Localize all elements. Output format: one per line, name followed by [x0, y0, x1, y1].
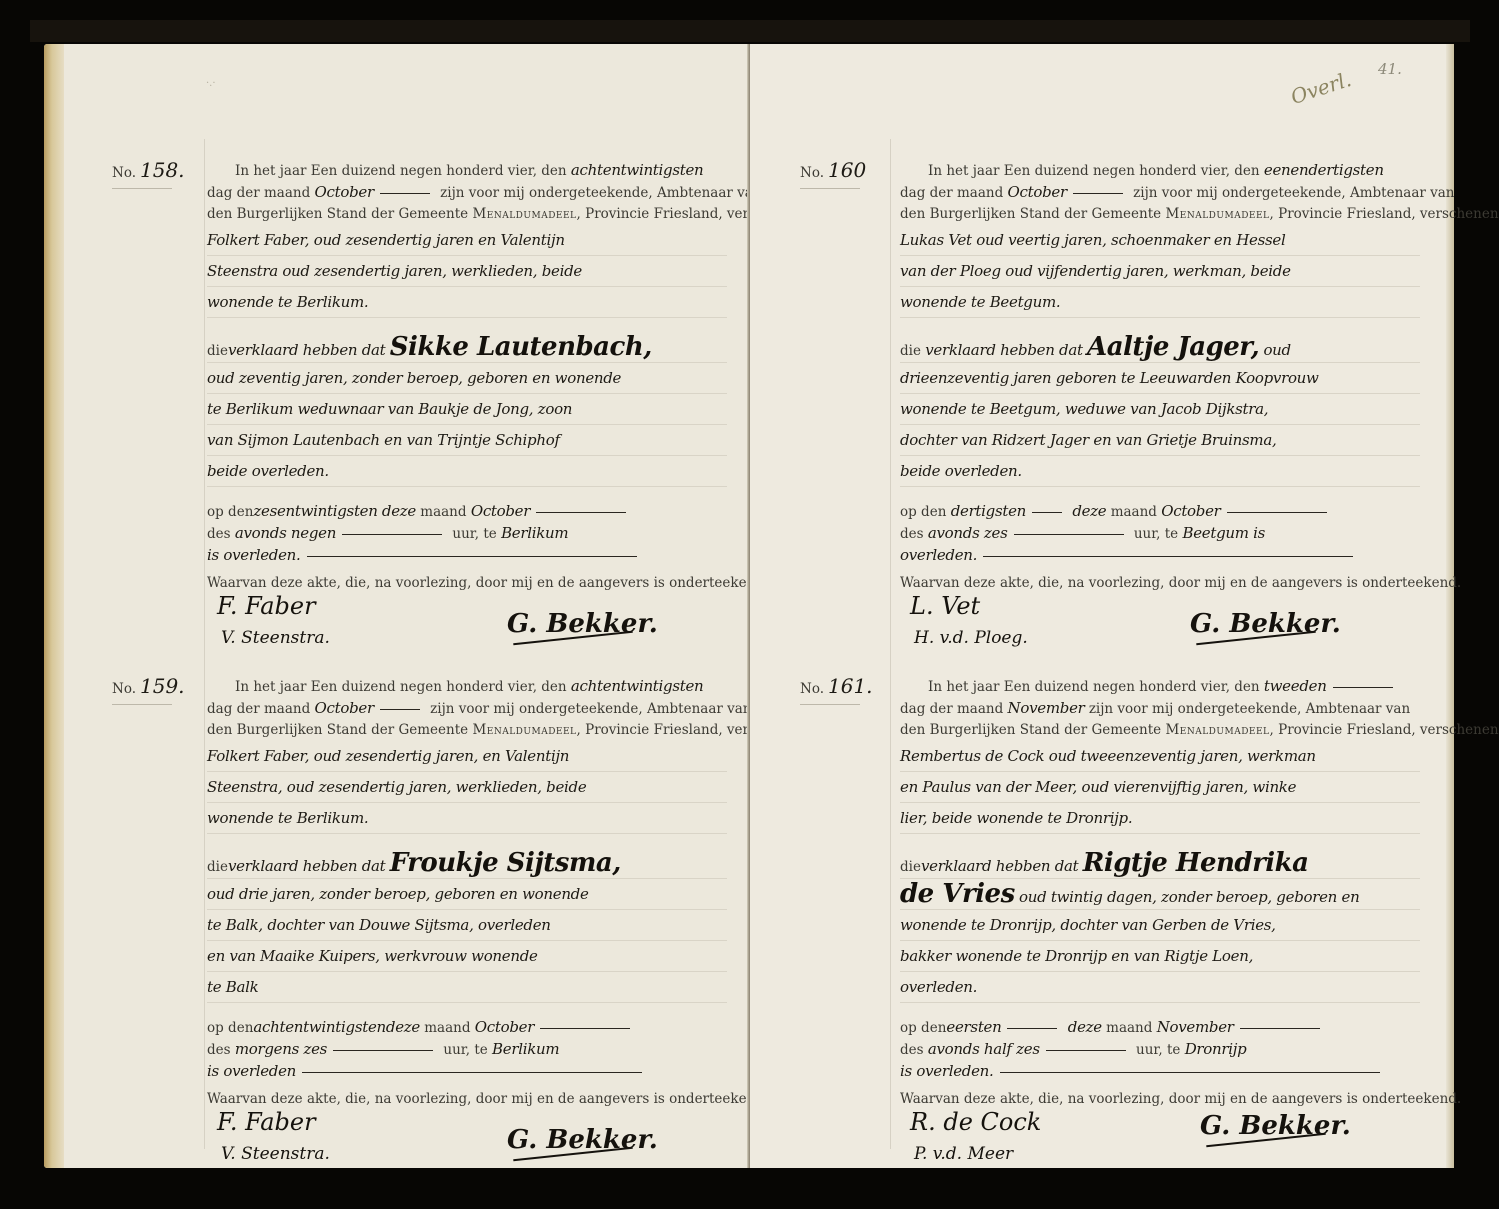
record-month: November: [1008, 699, 1085, 717]
details-line: te Balk, dochter van Douwe Sijtsma, over…: [207, 910, 727, 941]
death-time: avonds half zes: [928, 1040, 1040, 1058]
death-month: October: [475, 1018, 534, 1036]
margin-rule: [204, 139, 205, 1149]
appearants-line: wonende te Beetgum.: [900, 287, 1420, 318]
record-number: No.158.: [112, 160, 182, 189]
record-day: achtentwintigsten: [571, 161, 704, 179]
record-159: No.159. In het jaar Een duizend negen ho…: [207, 676, 727, 1190]
signature-witness-2: H. v.d. Ploeg.: [914, 628, 1028, 649]
death-day: zesentwintigsten: [253, 502, 377, 520]
signature-registrar: G. Bekker.: [1200, 1116, 1351, 1137]
signatures: L. Vet H. v.d. Ploeg. G. Bekker.: [900, 594, 1420, 674]
signatures: F. Faber V. Steenstra. G. Bekker.: [207, 1110, 727, 1190]
details-line: te Balk: [207, 972, 727, 1003]
appearants-line: Folkert Faber, oud zesendertig jaren en …: [207, 225, 727, 256]
signature-registrar: G. Bekker.: [507, 1130, 658, 1151]
appearants-line: lier, beide wonende te Dronrijp.: [900, 803, 1420, 834]
closing-text: Waarvan deze akte, die, na voorlezing, d…: [207, 1089, 727, 1110]
book-cover-edge: [30, 20, 1470, 42]
details-line: en van Maaike Kuipers, werkvrouw wonende: [207, 941, 727, 972]
death-day: dertigsten: [951, 502, 1026, 520]
details-line: oud zeventig jaren, zonder beroep, gebor…: [207, 363, 727, 394]
death-month: October: [471, 502, 530, 520]
pencil-smudge: ·.·: [206, 78, 216, 89]
deceased-name: Froukje Sijtsma,: [390, 848, 621, 878]
signature-witness-1: L. Vet: [910, 596, 980, 617]
closing-text: Waarvan deze akte, die, na voorlezing, d…: [900, 573, 1420, 594]
margin-rule: [890, 139, 891, 1149]
page-edge-left: [44, 44, 64, 1168]
appearants-line: Lukas Vet oud veertig jaren, schoenmaker…: [900, 225, 1420, 256]
signature-registrar: G. Bekker.: [1190, 614, 1341, 635]
death-day: achtentwintigsten: [253, 1018, 386, 1036]
death-place: Berlikum: [492, 1040, 559, 1058]
signature-witness-2: P. v.d. Meer: [914, 1144, 1013, 1165]
record-158: No.158. In het jaar Een duizend negen ho…: [207, 160, 727, 674]
deceased-name: Sikke Lautenbach,: [390, 332, 652, 362]
record-number: No.161.: [800, 676, 870, 705]
record-160: No.160 In het jaar Een duizend negen hon…: [900, 160, 1420, 674]
details-line: bakker wonende te Dronrijp en van Rigtje…: [900, 941, 1420, 972]
details-line: dochter van Ridzert Jager en van Grietje…: [900, 425, 1420, 456]
appearants-line: van der Ploeg oud vijfendertig jaren, we…: [900, 256, 1420, 287]
details-line: van Sijmon Lautenbach en van Trijntje Sc…: [207, 425, 727, 456]
details-line: overleden.: [900, 972, 1420, 1003]
appearants-line: wonende te Berlikum.: [207, 287, 727, 318]
closing-text: Waarvan deze akte, die, na voorlezing, d…: [900, 1089, 1420, 1110]
page-number: 41.: [1378, 60, 1402, 78]
death-time: avonds negen: [235, 524, 336, 542]
appearants-line: wonende te Berlikum.: [207, 803, 727, 834]
pencil-annotation: Overl.: [1288, 67, 1354, 109]
signature-witness-1: F. Faber: [217, 1112, 316, 1133]
details-line: wonende te Dronrijp, dochter van Gerben …: [900, 910, 1420, 941]
death-day: eersten: [946, 1018, 1001, 1036]
record-day: eenendertigsten: [1264, 161, 1384, 179]
record-month: October: [1008, 183, 1067, 201]
death-place: Berlikum: [501, 524, 568, 542]
signatures: F. Faber V. Steenstra. G. Bekker.: [207, 594, 727, 674]
details-line: oud drie jaren, zonder beroep, geboren e…: [207, 879, 727, 910]
record-day: achtentwintigsten: [571, 677, 704, 695]
signature-witness-1: F. Faber: [217, 596, 316, 617]
signature-witness-2: V. Steenstra.: [221, 1144, 330, 1165]
details-line: oud twintig dagen, zonder beroep, gebore…: [1019, 888, 1359, 906]
signature-registrar: G. Bekker.: [507, 614, 658, 635]
appearants-line: Rembertus de Cock oud tweeenzeventig jar…: [900, 741, 1420, 772]
death-month: November: [1157, 1018, 1234, 1036]
details-line: wonende te Beetgum, weduwe van Jacob Dij…: [900, 394, 1420, 425]
appearants-line: Folkert Faber, oud zesendertig jaren, en…: [207, 741, 727, 772]
deceased-name: Rigtje Hendrika: [1083, 848, 1309, 878]
appearants-line: en Paulus van der Meer, oud vierenvijfti…: [900, 772, 1420, 803]
appearants-line: Steenstra, oud zesendertig jaren, werkli…: [207, 772, 727, 803]
death-month: October: [1161, 502, 1220, 520]
deceased-name-cont: de Vries: [900, 879, 1015, 909]
record-day: tweeden: [1264, 677, 1327, 695]
left-page: ·.· No.158. In het jaar Een duizend nege…: [44, 44, 750, 1168]
details-line: drieenzeventig jaren geboren te Leeuward…: [900, 363, 1420, 394]
deceased-name: Aaltje Jager,: [1087, 332, 1259, 362]
details-line: beide overleden.: [207, 456, 727, 487]
right-page: Overl. 41. No.160 In het jaar Een duizen…: [750, 44, 1454, 1168]
appearants-line: Steenstra oud zesendertig jaren, werklie…: [207, 256, 727, 287]
record-month: October: [315, 183, 374, 201]
record-number: No.160: [800, 160, 870, 189]
open-ledger: ·.· No.158. In het jaar Een duizend nege…: [44, 44, 1454, 1168]
record-month: October: [315, 699, 374, 717]
signatures: R. de Cock P. v.d. Meer G. Bekker.: [900, 1110, 1420, 1190]
record-161: No.161. In het jaar Een duizend negen ho…: [900, 676, 1420, 1190]
death-place: Beetgum is: [1182, 524, 1265, 542]
death-time: morgens zes: [235, 1040, 327, 1058]
death-time: avonds zes: [928, 524, 1008, 542]
signature-witness-1: R. de Cock: [910, 1112, 1041, 1133]
record-number: No.159.: [112, 676, 182, 705]
signature-witness-2: V. Steenstra.: [221, 628, 330, 649]
closing-text: Waarvan deze akte, die, na voorlezing, d…: [207, 573, 727, 594]
death-place: Dronrijp: [1185, 1040, 1247, 1058]
details-line: te Berlikum weduwnaar van Baukje de Jong…: [207, 394, 727, 425]
details-line: beide overleden.: [900, 456, 1420, 487]
